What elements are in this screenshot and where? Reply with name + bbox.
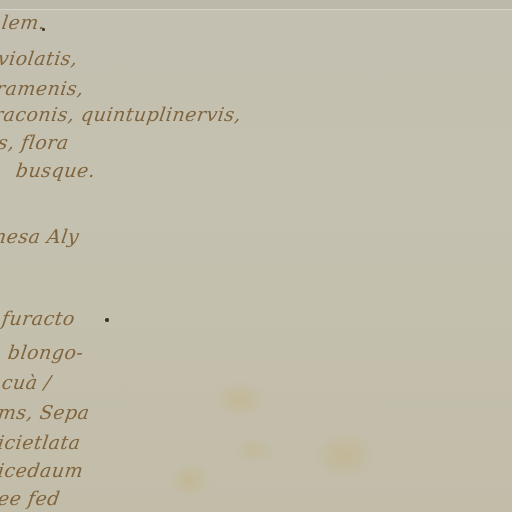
handwritten-line: furacto (0, 308, 76, 330)
manuscript-page: lem. violatis, ramenis, raconis, quintup… (0, 0, 512, 512)
handwritten-line: nesa Aly (0, 226, 81, 248)
ink-speck (105, 318, 109, 322)
ink-speck (42, 28, 45, 31)
handwritten-line: blongo- (6, 342, 85, 364)
handwritten-line: icedaum (0, 460, 85, 482)
handwritten-line: ms, Sepa (0, 402, 91, 424)
handwritten-line: icietlata (0, 432, 82, 454)
handwritten-line: busque. (14, 160, 96, 182)
handwritten-line: s, flora (0, 132, 70, 154)
handwritten-line: cuà / (0, 372, 52, 394)
handwritten-line: raconis, quintuplinervis, (0, 104, 243, 126)
handwritten-line: lem. (0, 12, 46, 34)
handwritten-line: ee fed (0, 488, 62, 510)
handwritten-line: ramenis, (0, 78, 85, 100)
page-top-edge (0, 0, 512, 10)
handwritten-line: violatis, (0, 48, 79, 70)
